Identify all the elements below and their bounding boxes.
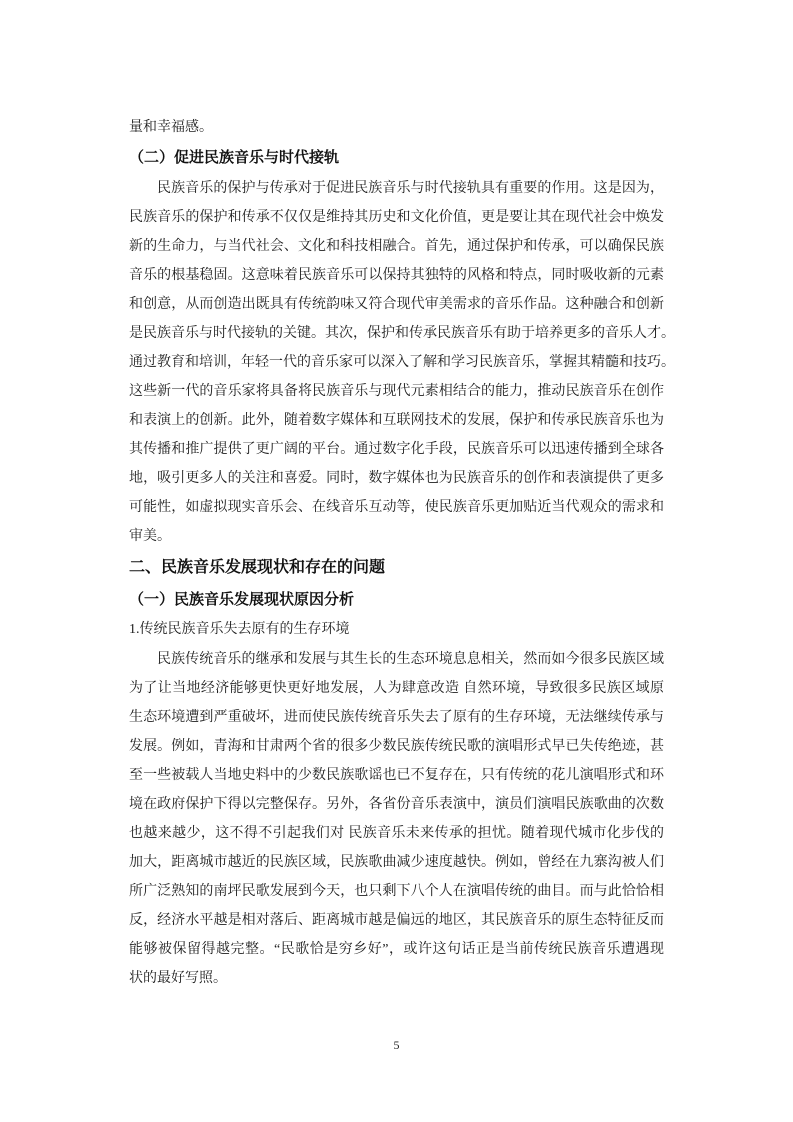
- paragraph-line: 民族音乐的保护与传承对于促进民族音乐与时代接轨具有重要的作用。这是因为，: [129, 174, 664, 203]
- paragraph-line: 生态环境遭到严重破坏，进而使民族传统音乐失去了原有的生存环境，无法继续传承与: [129, 703, 664, 732]
- document-page: 量和幸福感。 （二）促进民族音乐与时代接轨 民族音乐的保护与传承对于促进民族音乐…: [0, 0, 793, 1122]
- paragraph-line: 和表演上的创新。此外，随着数字媒体和互联网技术的发展，保护和传承民族音乐也为: [129, 406, 664, 435]
- paragraph-line: 这些新一代的音乐家将具备将民族音乐与现代元素相结合的能力，推动民族音乐在创作: [129, 377, 664, 406]
- paragraph-line: 为了让当地经济能够更快更好地发展，人为肆意改造 自然环境，导致很多民族区域原: [129, 674, 664, 703]
- paragraph-line: 反，经济水平越是相对落后、距离城市越是偏远的地区，其民族音乐的原生态特征反而: [129, 906, 664, 935]
- paragraph-line: 民族传统音乐的继承和发展与其生长的生态环境息息相关，然而如今很多民族区域: [129, 645, 664, 674]
- numbered-subheading-1: 1.传统民族音乐失去原有的生存环境: [129, 615, 664, 645]
- page-number: 5: [0, 1038, 793, 1053]
- paragraph-3: 民族传统音乐的继承和发展与其生长的生态环境息息相关，然而如今很多民族区域 为了让…: [129, 645, 664, 993]
- paragraph-line: 能够被保留得越完整。“民歌恰是穷乡好”，或许这句话正是当前传统民族音乐遭遇现: [129, 935, 664, 964]
- paragraph-line: 状的最好写照。: [129, 964, 664, 993]
- paragraph-line: 审美。: [129, 522, 664, 551]
- paragraph-line: 至一些被载人当地史料中的少数民族歌谣也已不复存在，只有传统的花儿演唱形式和环: [129, 761, 664, 790]
- section-heading-2: 二、民族音乐发展现状和存在的问题: [129, 551, 664, 584]
- paragraph-tail-line: 量和幸福感。: [129, 113, 664, 142]
- paragraph-line: 可能性，如虚拟现实音乐会、在线音乐互动等，使民族音乐更加贴近当代观众的需求和: [129, 493, 664, 522]
- paragraph-line: 通过教育和培训，年轻一代的音乐家可以深入了解和学习民族音乐，掌握其精髓和技巧。: [129, 348, 664, 377]
- paragraph-line: 加大，距离城市越近的民族区域，民族歌曲减少速度越快。例如，曾经在九寨沟被人们: [129, 848, 664, 877]
- paragraph-line: 是民族音乐与时代接轨的关键。其次，保护和传承民族音乐有助于培养更多的音乐人才。: [129, 319, 664, 348]
- paragraph-line: 所广泛熟知的南坪民歌发展到今天，也只剩下八个人在演唱传统的曲目。而与此恰恰相: [129, 877, 664, 906]
- paragraph-line: 民族音乐的保护和传承不仅仅是维持其历史和文化价值，更是要让其在现代社会中焕发: [129, 203, 664, 232]
- subsection-heading-2-2: （二）促进民族音乐与时代接轨: [129, 142, 664, 174]
- paragraph-line: 新的生命力，与当代社会、文化和科技相融合。首先，通过保护和传承，可以确保民族: [129, 232, 664, 261]
- paragraph-line: 境在政府保护下得以完整保存。另外，各省份音乐表演中，演员们演唱民族歌曲的次数: [129, 790, 664, 819]
- paragraph-line: 和创意，从而创造出既具有传统韵味又符合现代审美需求的音乐作品。这种融合和创新: [129, 290, 664, 319]
- paragraph-line: 音乐的根基稳固。这意味着民族音乐可以保持其独特的风格和特点，同时吸收新的元素: [129, 261, 664, 290]
- subsection-heading-2-1: （一）民族音乐发展现状原因分析: [129, 584, 664, 615]
- document-body: 量和幸福感。 （二）促进民族音乐与时代接轨 民族音乐的保护与传承对于促进民族音乐…: [129, 113, 664, 993]
- paragraph-line: 其传播和推广提供了更广阔的平台。通过数字化手段，民族音乐可以迅速传播到全球各: [129, 435, 664, 464]
- paragraph-2: 民族音乐的保护与传承对于促进民族音乐与时代接轨具有重要的作用。这是因为， 民族音…: [129, 174, 664, 551]
- paragraph-line: 发展。例如，青海和甘肃两个省的很多少数民族传统民歌的演唱形式早已失传绝迹，甚: [129, 732, 664, 761]
- paragraph-line: 地，吸引更多人的关注和喜爱。同时，数字媒体也为民族音乐的创作和表演提供了更多: [129, 464, 664, 493]
- paragraph-line: 也越来越少，这不得不引起我们对 民族音乐未来传承的担忧。随着现代城市化步伐的: [129, 819, 664, 848]
